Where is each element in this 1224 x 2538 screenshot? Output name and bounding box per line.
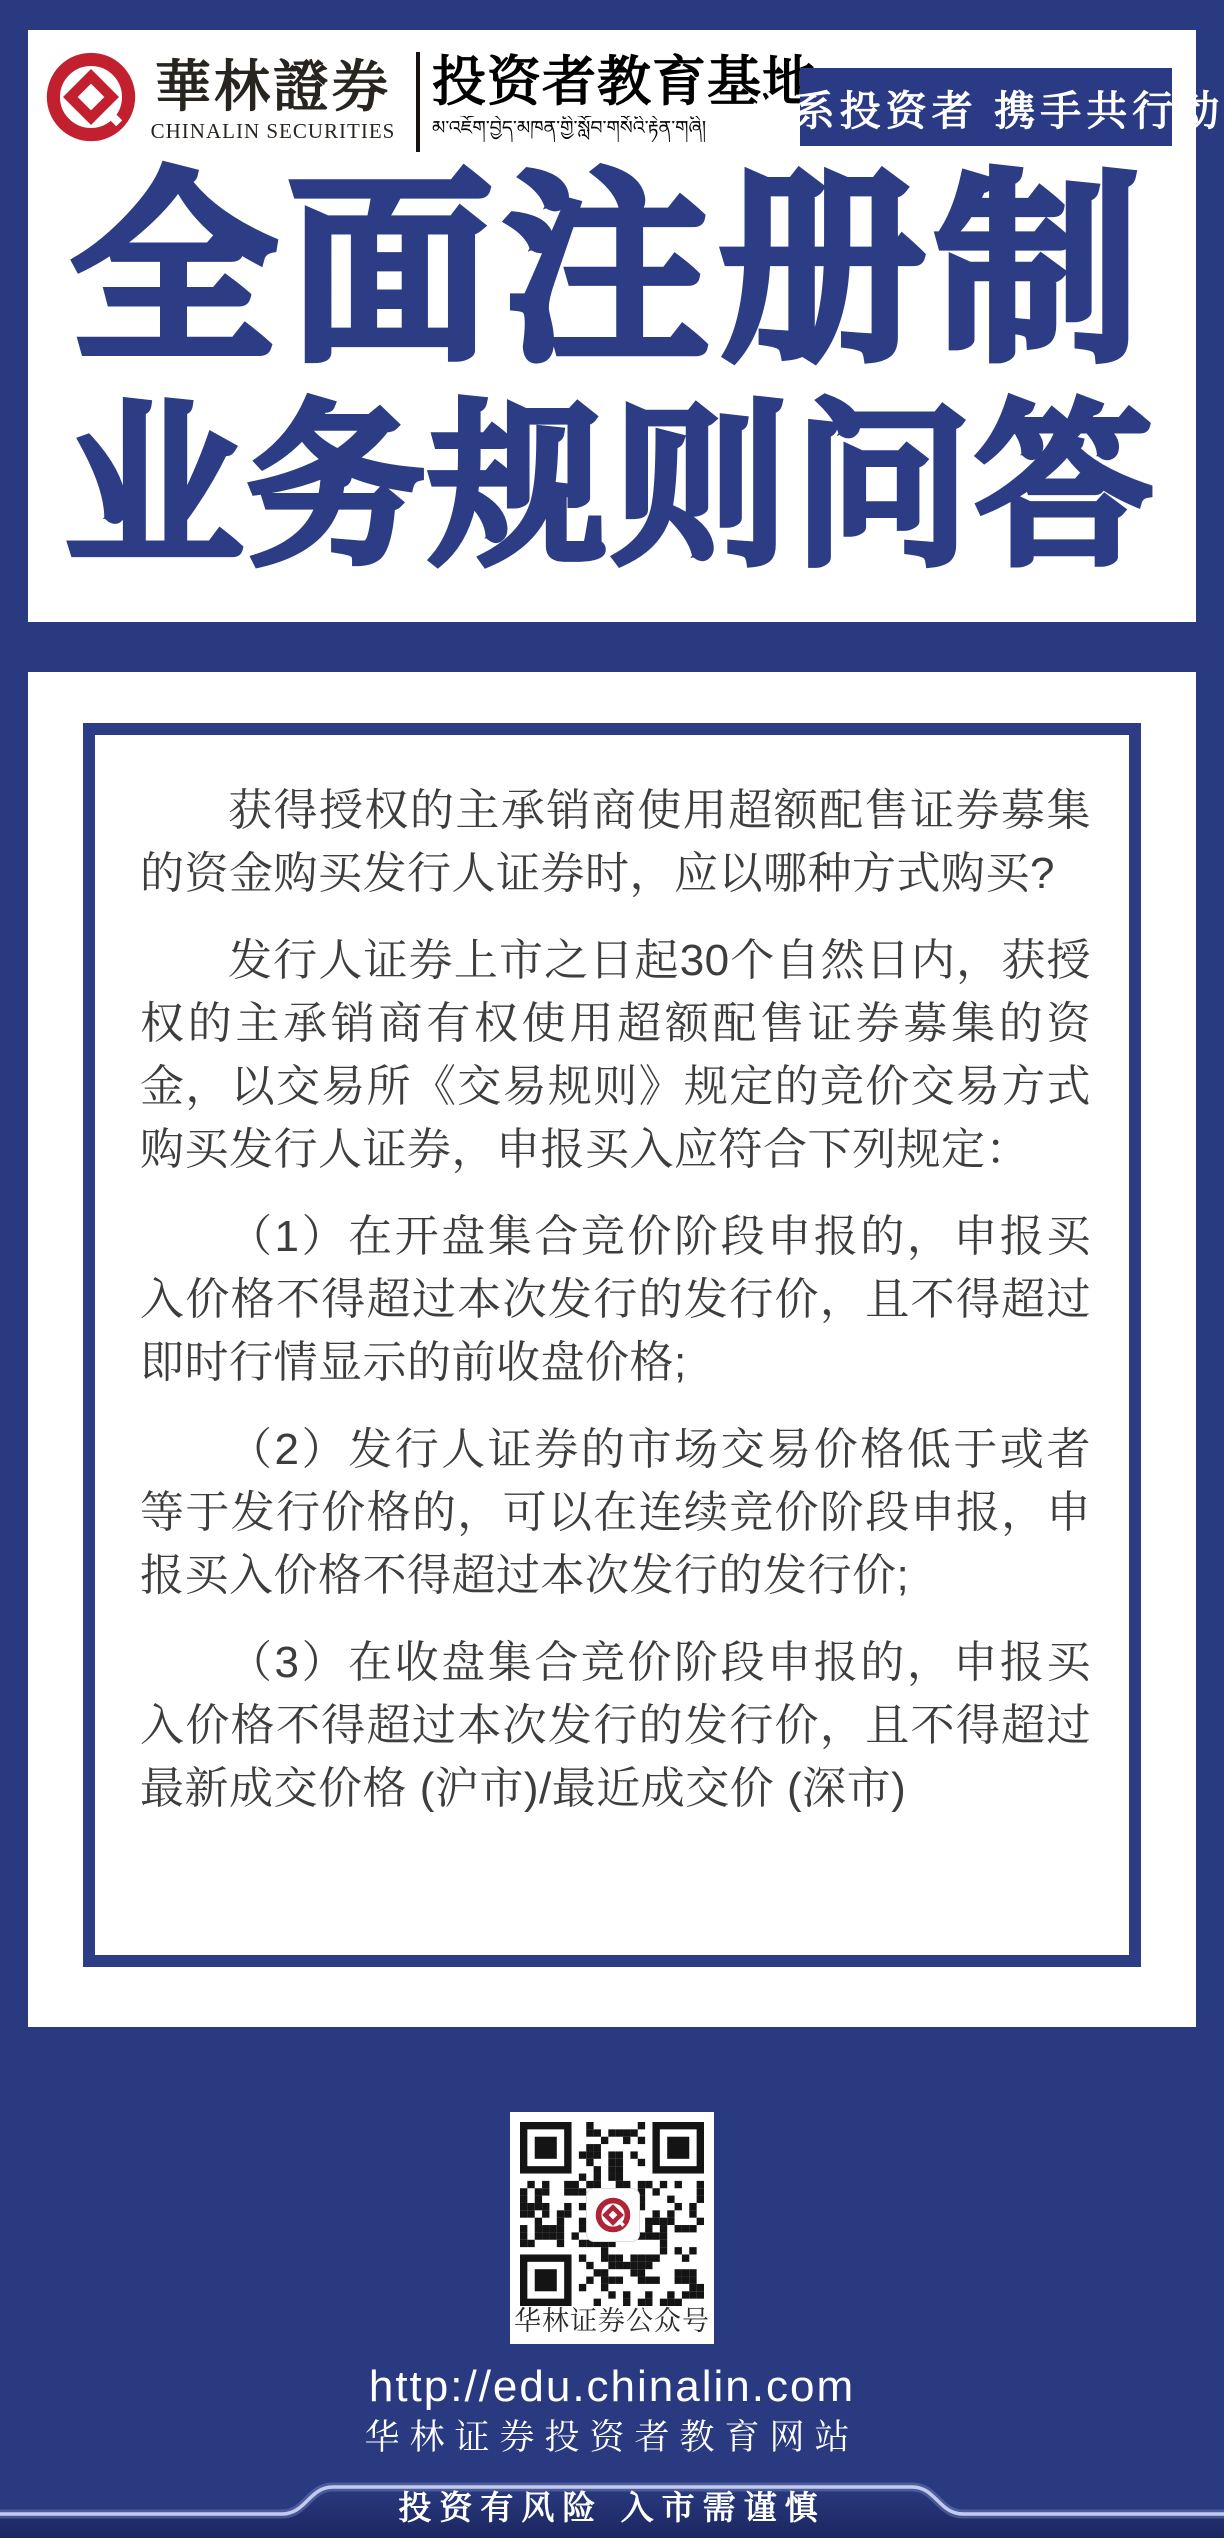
answer-paragraph: 发行人证券上市之日起30个自然日内，获授权的主承销商有权使用超额配售证券募集的资… [140,929,1091,1181]
poster-title: 全面注册制 业务规则问答 [28,158,1196,592]
answer-paragraph: （3）在收盘集合竞价阶段申报的，申报买入价格不得超过本次发行的发行价，且不得超过… [140,1631,1091,1820]
question-paragraph: 获得授权的主承销商使用超额配售证券募集的资金购买发行人证券时，应以哪种方式购买? [140,779,1091,905]
brand-name-en: CHINALIN SECURITIES [142,119,404,144]
site-url: http://edu.chinalin.com [0,2362,1224,2412]
poster-title-line2: 业务规则问答 [28,384,1196,592]
chinalin-logo-icon [44,50,138,144]
qr-logo-chip [586,2188,640,2242]
qa-box: 获得授权的主承销商使用超额配售证券募集的资金购买发行人证券时，应以哪种方式购买?… [83,723,1141,1967]
site-name: 华林证券投资者教育网站 [0,2410,1224,2460]
chinalin-logo-icon [594,2196,632,2234]
qr-caption: 华林证券公众号 [510,2299,714,2338]
brand-block: 華林證券 CHINALIN SECURITIES [142,58,404,144]
disclaimer-text: 投资有风险 入市需谨慎 [0,2482,1224,2529]
content-panel: 获得授权的主承销商使用超额配售证券募集的资金购买发行人证券时，应以哪种方式购买?… [28,672,1196,2027]
answer-paragraph: （2）发行人证券的市场交易价格低于或者等于发行价格的，可以在连续竞价阶段申报，申… [140,1418,1091,1607]
header: 華林證券 CHINALIN SECURITIES 投资者教育基地 མ་འཇོག་… [28,44,1196,160]
top-panel: 華林證券 CHINALIN SECURITIES 投资者教育基地 མ་འཇོག་… [28,30,1196,622]
poster-title-line1: 全面注册制 [28,158,1196,384]
qr-card: 华林证券公众号 [510,2112,714,2344]
qr-code [520,2122,704,2306]
answer-paragraph: （1）在开盘集合竞价阶段申报的，申报买入价格不得超过本次发行的发行价，且不得超过… [140,1205,1091,1394]
header-divider [416,52,420,152]
brand-name-cn: 華林證券 [142,58,404,116]
poster-page: 華林證券 CHINALIN SECURITIES 投资者教育基地 མ་འཇོག་… [0,0,1224,2538]
slogan-badge: 心系投资者 携手共行动 [800,68,1172,146]
